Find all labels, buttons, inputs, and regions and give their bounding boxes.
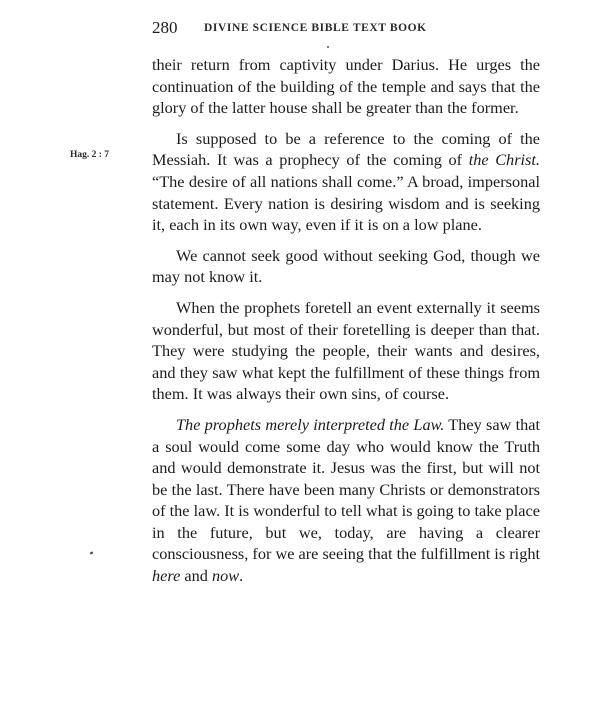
italic-text: the Christ. (469, 150, 540, 169)
italic-text: The prophets merely interpreted the Law. (176, 415, 444, 434)
text-run: their return from captivity under Darius… (152, 55, 540, 117)
paragraph: The prophets merely interpreted the Law.… (152, 414, 540, 587)
text-run: We cannot seek good without seeking God,… (152, 246, 540, 287)
text-run: . (239, 566, 243, 585)
paragraph: We cannot seek good without seeking God,… (152, 245, 540, 288)
text-run: and (180, 566, 212, 585)
page-header: 280 DIVINE SCIENCE BIBLE TEXT BOOK (152, 18, 552, 40)
italic-text: now (212, 566, 239, 585)
print-speck (327, 46, 329, 48)
paragraph: their return from captivity under Darius… (152, 54, 540, 119)
paragraph: When the prophets foretell an event exte… (152, 297, 540, 405)
text-run: They saw that a soul would come some day… (152, 415, 540, 564)
paragraph: Is supposed to be a reference to the com… (152, 128, 540, 236)
text-run: When the prophets foretell an event exte… (152, 298, 540, 403)
italic-text: here (152, 566, 180, 585)
body-text: their return from captivity under Darius… (152, 54, 540, 596)
margin-note-reference: Hag. 2 : 7 (70, 150, 109, 160)
print-speck (90, 551, 94, 554)
running-title: DIVINE SCIENCE BIBLE TEXT BOOK (204, 22, 427, 34)
text-run: “The desire of all nations shall come.” … (152, 172, 540, 234)
page-number: 280 (152, 18, 178, 38)
